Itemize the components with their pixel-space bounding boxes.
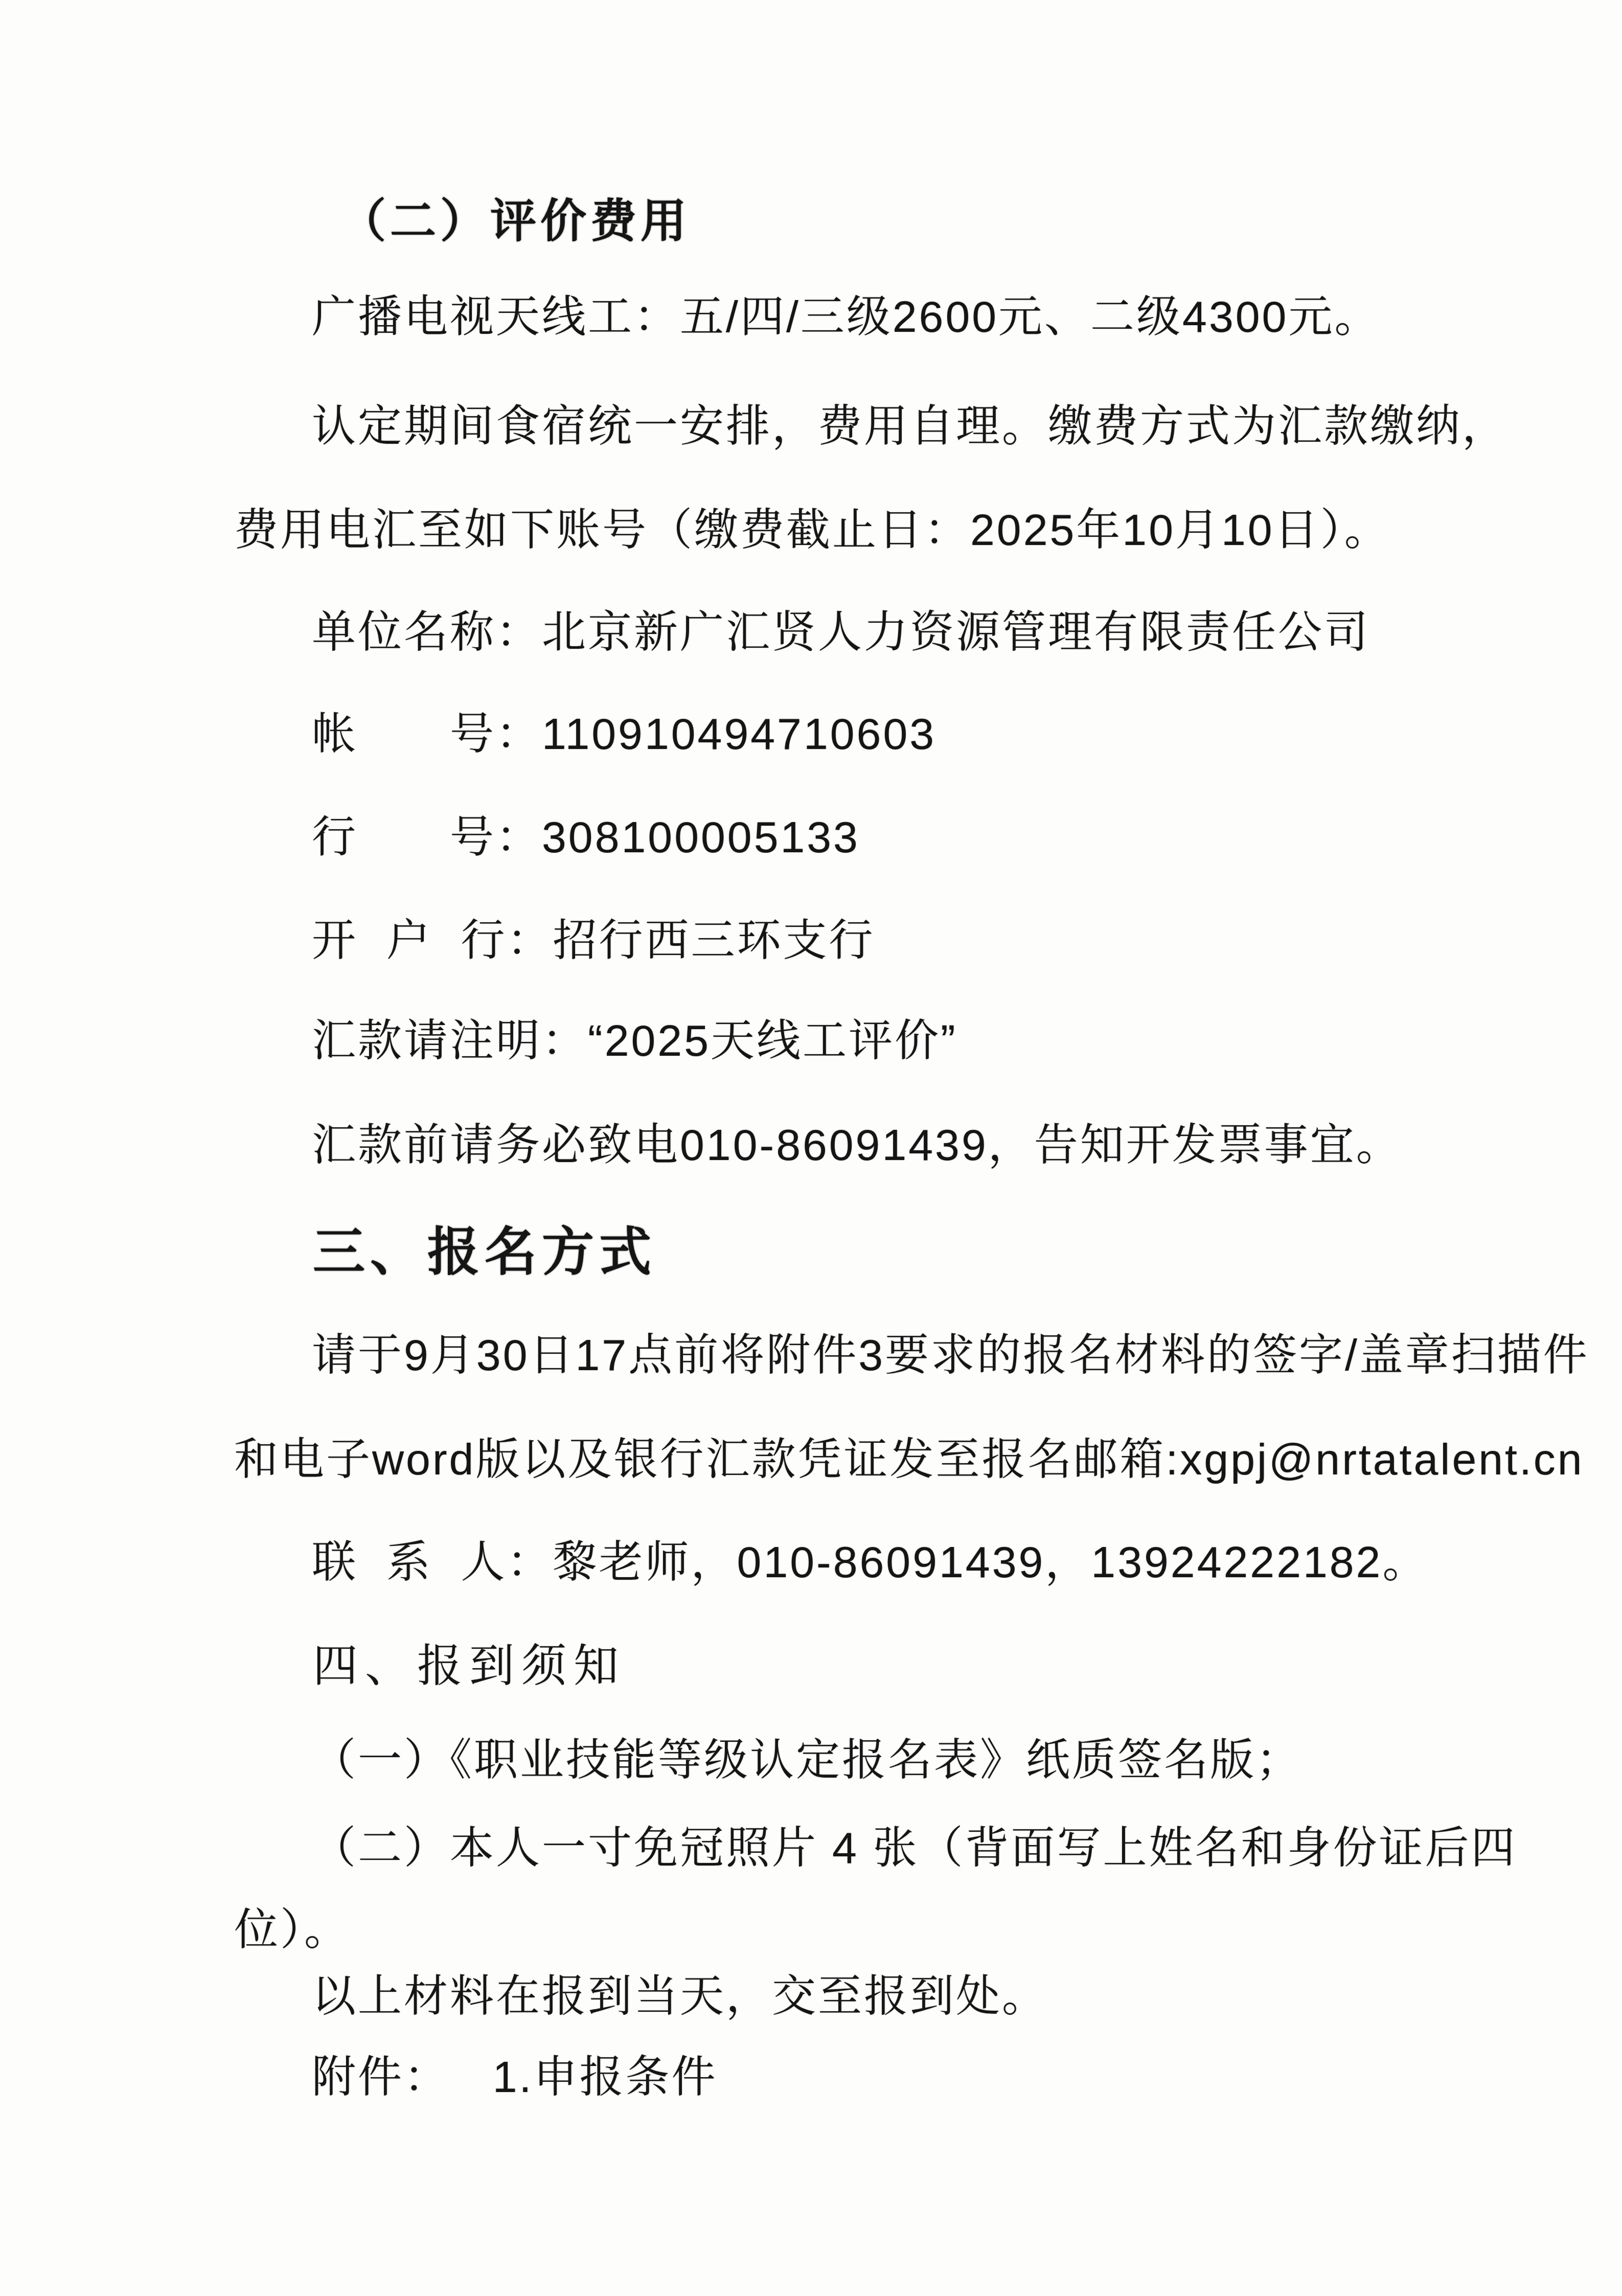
line-account-number: 帐 号：110910494710603 (312, 712, 936, 756)
line-checkin-item-1: （一）《职业技能等级认定报名表》纸质签名版； (312, 1738, 1302, 1782)
line-call-before-remittance: 汇款前请务必致电010-86091439，告知开发票事宜。 (312, 1123, 1402, 1167)
line-checkin-item-2: （二）本人一寸免冠照片 4 张（背面写上姓名和身份证后四 (312, 1826, 1517, 1870)
line-company-name: 单位名称：北京新广汇贤人力资源管理有限责任公司 (312, 610, 1370, 654)
heading-evaluation-fee: （二）评价费用 (340, 198, 691, 244)
line-checkin-item-2-continued: 位）。 (234, 1908, 350, 1952)
line-contact-person: 联 系 人：黎老师，010-86091439，13924222182。 (312, 1540, 1428, 1584)
heading-checkin-notice: 四、报到须知 (313, 1643, 626, 1688)
line-accommodation-payment-method: 认定期间食宿统一安排，费用自理。缴费方式为汇款缴纳， (312, 404, 1508, 448)
scanned-document-page: （二）评价费用 广播电视天线工：五/四/三级2600元、二级4300元。 认定期… (0, 0, 1622, 2296)
line-bank-number: 行 号：308100005133 (312, 815, 860, 859)
line-attachment-list: 附件： 1.申报条件 (312, 2055, 717, 2099)
line-materials-handover: 以上材料在报到当天，交至报到处。 (312, 1974, 1048, 2018)
line-antenna-worker-fees: 广播电视天线工：五/四/三级2600元、二级4300元。 (312, 295, 1380, 339)
line-remittance-account-deadline: 费用电汇至如下账号（缴费截止日：2025年10月10日）。 (234, 508, 1390, 552)
line-registration-deadline-materials: 请于9月30日17点前将附件3要求的报名材料的签字/盖章扫描件 (312, 1333, 1589, 1377)
line-email-submission: 和电子word版以及银行汇款凭证发至报名邮箱:xgpj@nrtatalent.c… (234, 1438, 1584, 1482)
line-remittance-memo: 汇款请注明：“2025天线工评价” (312, 1019, 957, 1063)
line-deposit-bank: 开 户 行：招行西三环支行 (312, 919, 875, 963)
heading-registration-method: 三、报名方式 (313, 1226, 656, 1278)
